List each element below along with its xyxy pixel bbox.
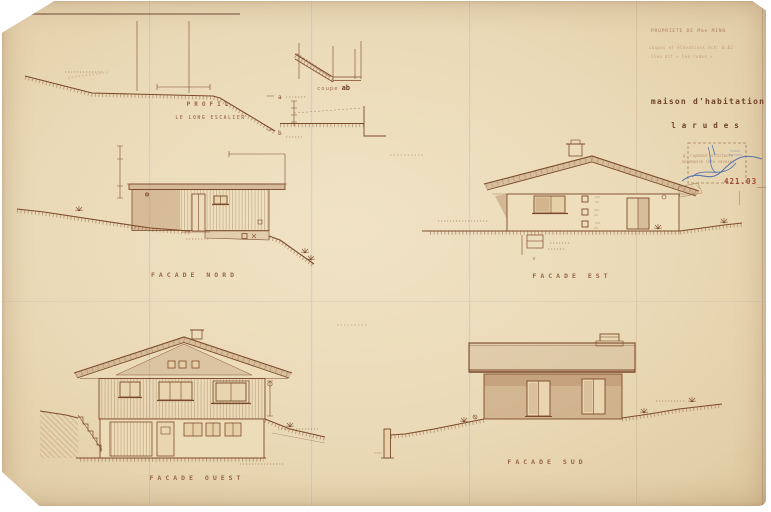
roof [127, 184, 287, 190]
retaining-post [374, 429, 394, 458]
scan-corner [753, 500, 771, 512]
attic-windows [168, 361, 199, 368]
dimension-lines [267, 381, 273, 416]
chimney [566, 140, 585, 156]
window [212, 196, 229, 205]
facade-nord-drawing [14, 141, 314, 273]
subtitle-line: coupes et élévations éch: 0,02 [649, 45, 766, 50]
registration-mark [739, 191, 740, 205]
pencil-note [390, 154, 424, 156]
stairs [78, 415, 102, 452]
stamp-fragment [678, 183, 702, 197]
profile-drawing: a b [17, 19, 292, 141]
entry-door [157, 422, 174, 456]
pencil-note [337, 324, 367, 326]
stair-stringer [295, 54, 333, 82]
scan-corner [0, 0, 56, 34]
scan-corner [751, 0, 771, 14]
window [532, 196, 568, 214]
scanned-plan-image: a b PROFIL LE LONG ESCALIER coupe ab [0, 0, 771, 512]
owner-line: PROPRIETE DE Mme MINO [651, 29, 766, 34]
subtitle-line: lieu dit « les rudes » [651, 54, 766, 59]
signature-scribble [682, 145, 762, 181]
facade-est-label: FACADE EST [507, 272, 637, 280]
registration-mark [757, 187, 766, 188]
facade-sud-label: FACADE SUD [472, 458, 622, 466]
chimney [190, 330, 204, 339]
profile-title: PROFIL [152, 101, 267, 108]
door [627, 198, 649, 229]
survey-mark [473, 415, 477, 419]
approval-stamp [678, 137, 766, 199]
lower-profile [280, 101, 386, 136]
section-label: coupe ab [317, 84, 350, 92]
door [192, 194, 205, 231]
roof [469, 343, 635, 372]
facade-ouest-drawing [40, 323, 325, 485]
fold-crease [2, 300, 766, 303]
roof [74, 337, 292, 379]
archive-number: 421.03 [724, 177, 757, 186]
scan-corner [0, 470, 46, 512]
facade-nord-label: FACADE NORD [122, 271, 267, 279]
basement-windows [184, 423, 241, 436]
section-label-prefix: coupe [317, 86, 339, 92]
section-reference-lines [137, 21, 274, 130]
profile-subtitle: LE LONG ESCALIER [148, 116, 273, 121]
project-title: maison d'habitation [645, 97, 766, 106]
facade-sud-drawing [374, 331, 722, 467]
glass-door [525, 381, 552, 417]
drawing-sheet: a b PROFIL LE LONG ESCALIER coupe ab [2, 1, 766, 506]
glass-door [582, 379, 605, 414]
garage-door [110, 422, 152, 456]
facade-ouest-label: FACADE OUEST [117, 474, 277, 482]
project-location: larudes [645, 121, 766, 130]
foundation-detail [522, 235, 570, 260]
section-label-suffix: ab [342, 84, 350, 92]
earth-left [40, 411, 78, 458]
